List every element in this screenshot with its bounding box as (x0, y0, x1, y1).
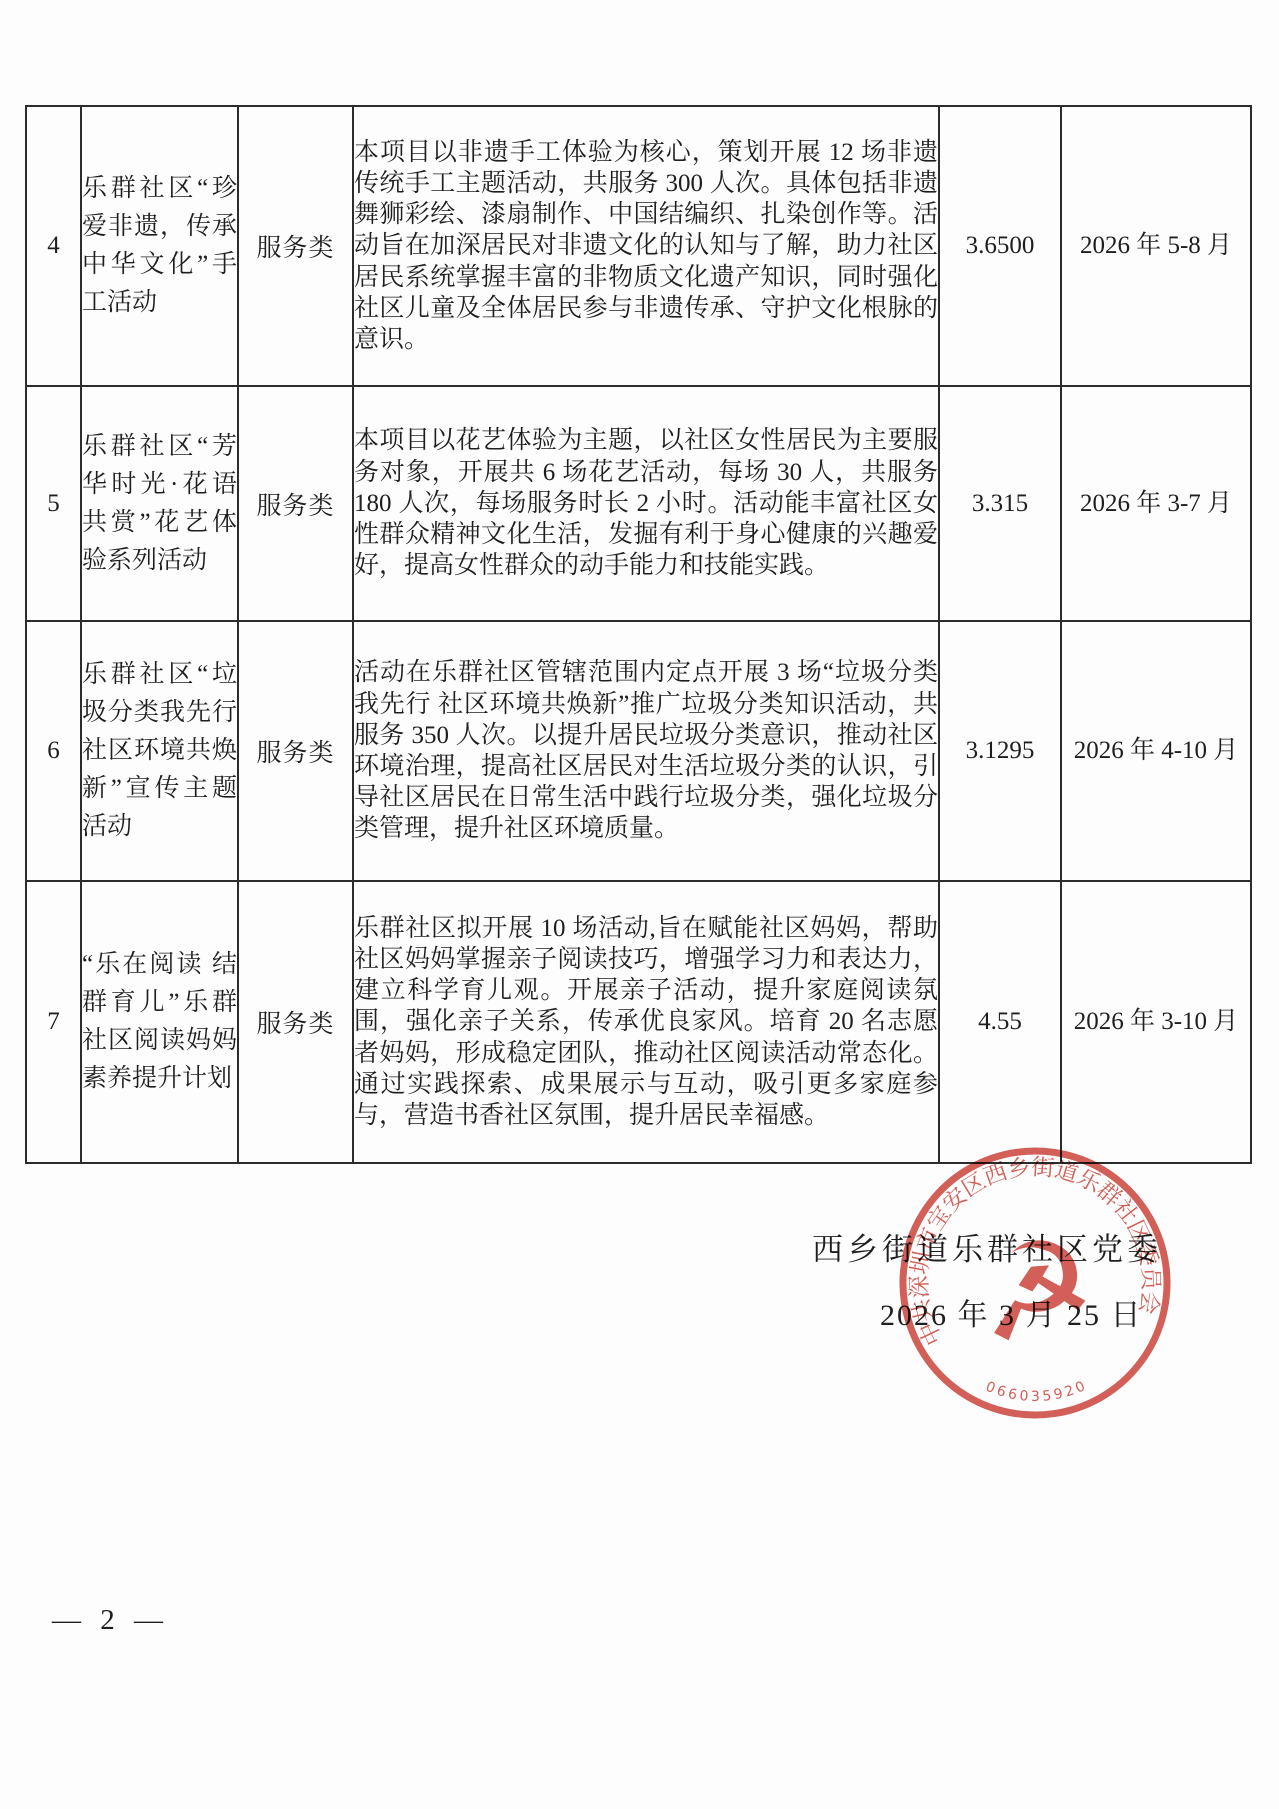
table-row: 7 “乐在阅读 结群育儿”乐群社区阅读妈妈素养提升计划 服务类 乐群社区拟开展 … (26, 881, 1251, 1163)
project-description-cell: 本项目以非遗手工体验为核心，策划开展 12 场非遗传统手工主题活动，共服务 30… (353, 106, 939, 386)
project-category-cell: 服务类 (238, 106, 353, 386)
table-row: 6 乐群社区“垃圾分类我先行 社区环境共焕新”宣传主题活动 服务类 活动在乐群社… (26, 621, 1251, 881)
project-budget-cell: 4.55 (939, 881, 1061, 1163)
hammer-sickle-icon: ☭ (968, 1208, 1105, 1375)
official-seal-stamp: 中共深圳市宝安区西乡街道乐群社区委员会 066035920 ☭ (895, 1143, 1175, 1423)
project-period-cell: 2026 年 4-10 月 (1061, 621, 1251, 881)
project-description-cell: 本项目以花艺体验为主题，以社区女性居民为主要服务对象，开展共 6 场花艺活动，每… (353, 386, 939, 621)
project-category-cell: 服务类 (238, 881, 353, 1163)
project-budget-cell: 3.6500 (939, 106, 1061, 386)
project-name-cell: 乐群社区“垃圾分类我先行 社区环境共焕新”宣传主题活动 (81, 621, 238, 881)
project-category-cell: 服务类 (238, 386, 353, 621)
project-budget-cell: 3.315 (939, 386, 1061, 621)
project-period-cell: 2026 年 3-7 月 (1061, 386, 1251, 621)
row-number-cell: 5 (26, 386, 81, 621)
row-number-cell: 6 (26, 621, 81, 881)
row-number-cell: 4 (26, 106, 81, 386)
project-category-cell: 服务类 (238, 621, 353, 881)
page-number: — 2 — (52, 1604, 169, 1637)
project-name-cell: “乐在阅读 结群育儿”乐群社区阅读妈妈素养提升计划 (81, 881, 238, 1163)
project-description-cell: 活动在乐群社区管辖范围内定点开展 3 场“垃圾分类我先行 社区环境共焕新”推广垃… (353, 621, 939, 881)
project-period-cell: 2026 年 3-10 月 (1061, 881, 1251, 1163)
project-name-cell: 乐群社区“珍爱非遗，传承中华文化”手工活动 (81, 106, 238, 386)
project-budget-cell: 3.1295 (939, 621, 1061, 881)
projects-table: 4 乐群社区“珍爱非遗，传承中华文化”手工活动 服务类 本项目以非遗手工体验为核… (25, 105, 1252, 1164)
project-description-cell: 乐群社区拟开展 10 场活动,旨在赋能社区妈妈，帮助社区妈妈掌握亲子阅读技巧，增… (353, 881, 939, 1163)
document-page: 4 乐群社区“珍爱非遗，传承中华文化”手工活动 服务类 本项目以非遗手工体验为核… (0, 0, 1279, 1809)
row-number-cell: 7 (26, 881, 81, 1163)
table-row: 5 乐群社区“芳华时光·花语共赏”花艺体验系列活动 服务类 本项目以花艺体验为主… (26, 386, 1251, 621)
project-period-cell: 2026 年 5-8 月 (1061, 106, 1251, 386)
table-row: 4 乐群社区“珍爱非遗，传承中华文化”手工活动 服务类 本项目以非遗手工体验为核… (26, 106, 1251, 386)
project-name-cell: 乐群社区“芳华时光·花语共赏”花艺体验系列活动 (81, 386, 238, 621)
